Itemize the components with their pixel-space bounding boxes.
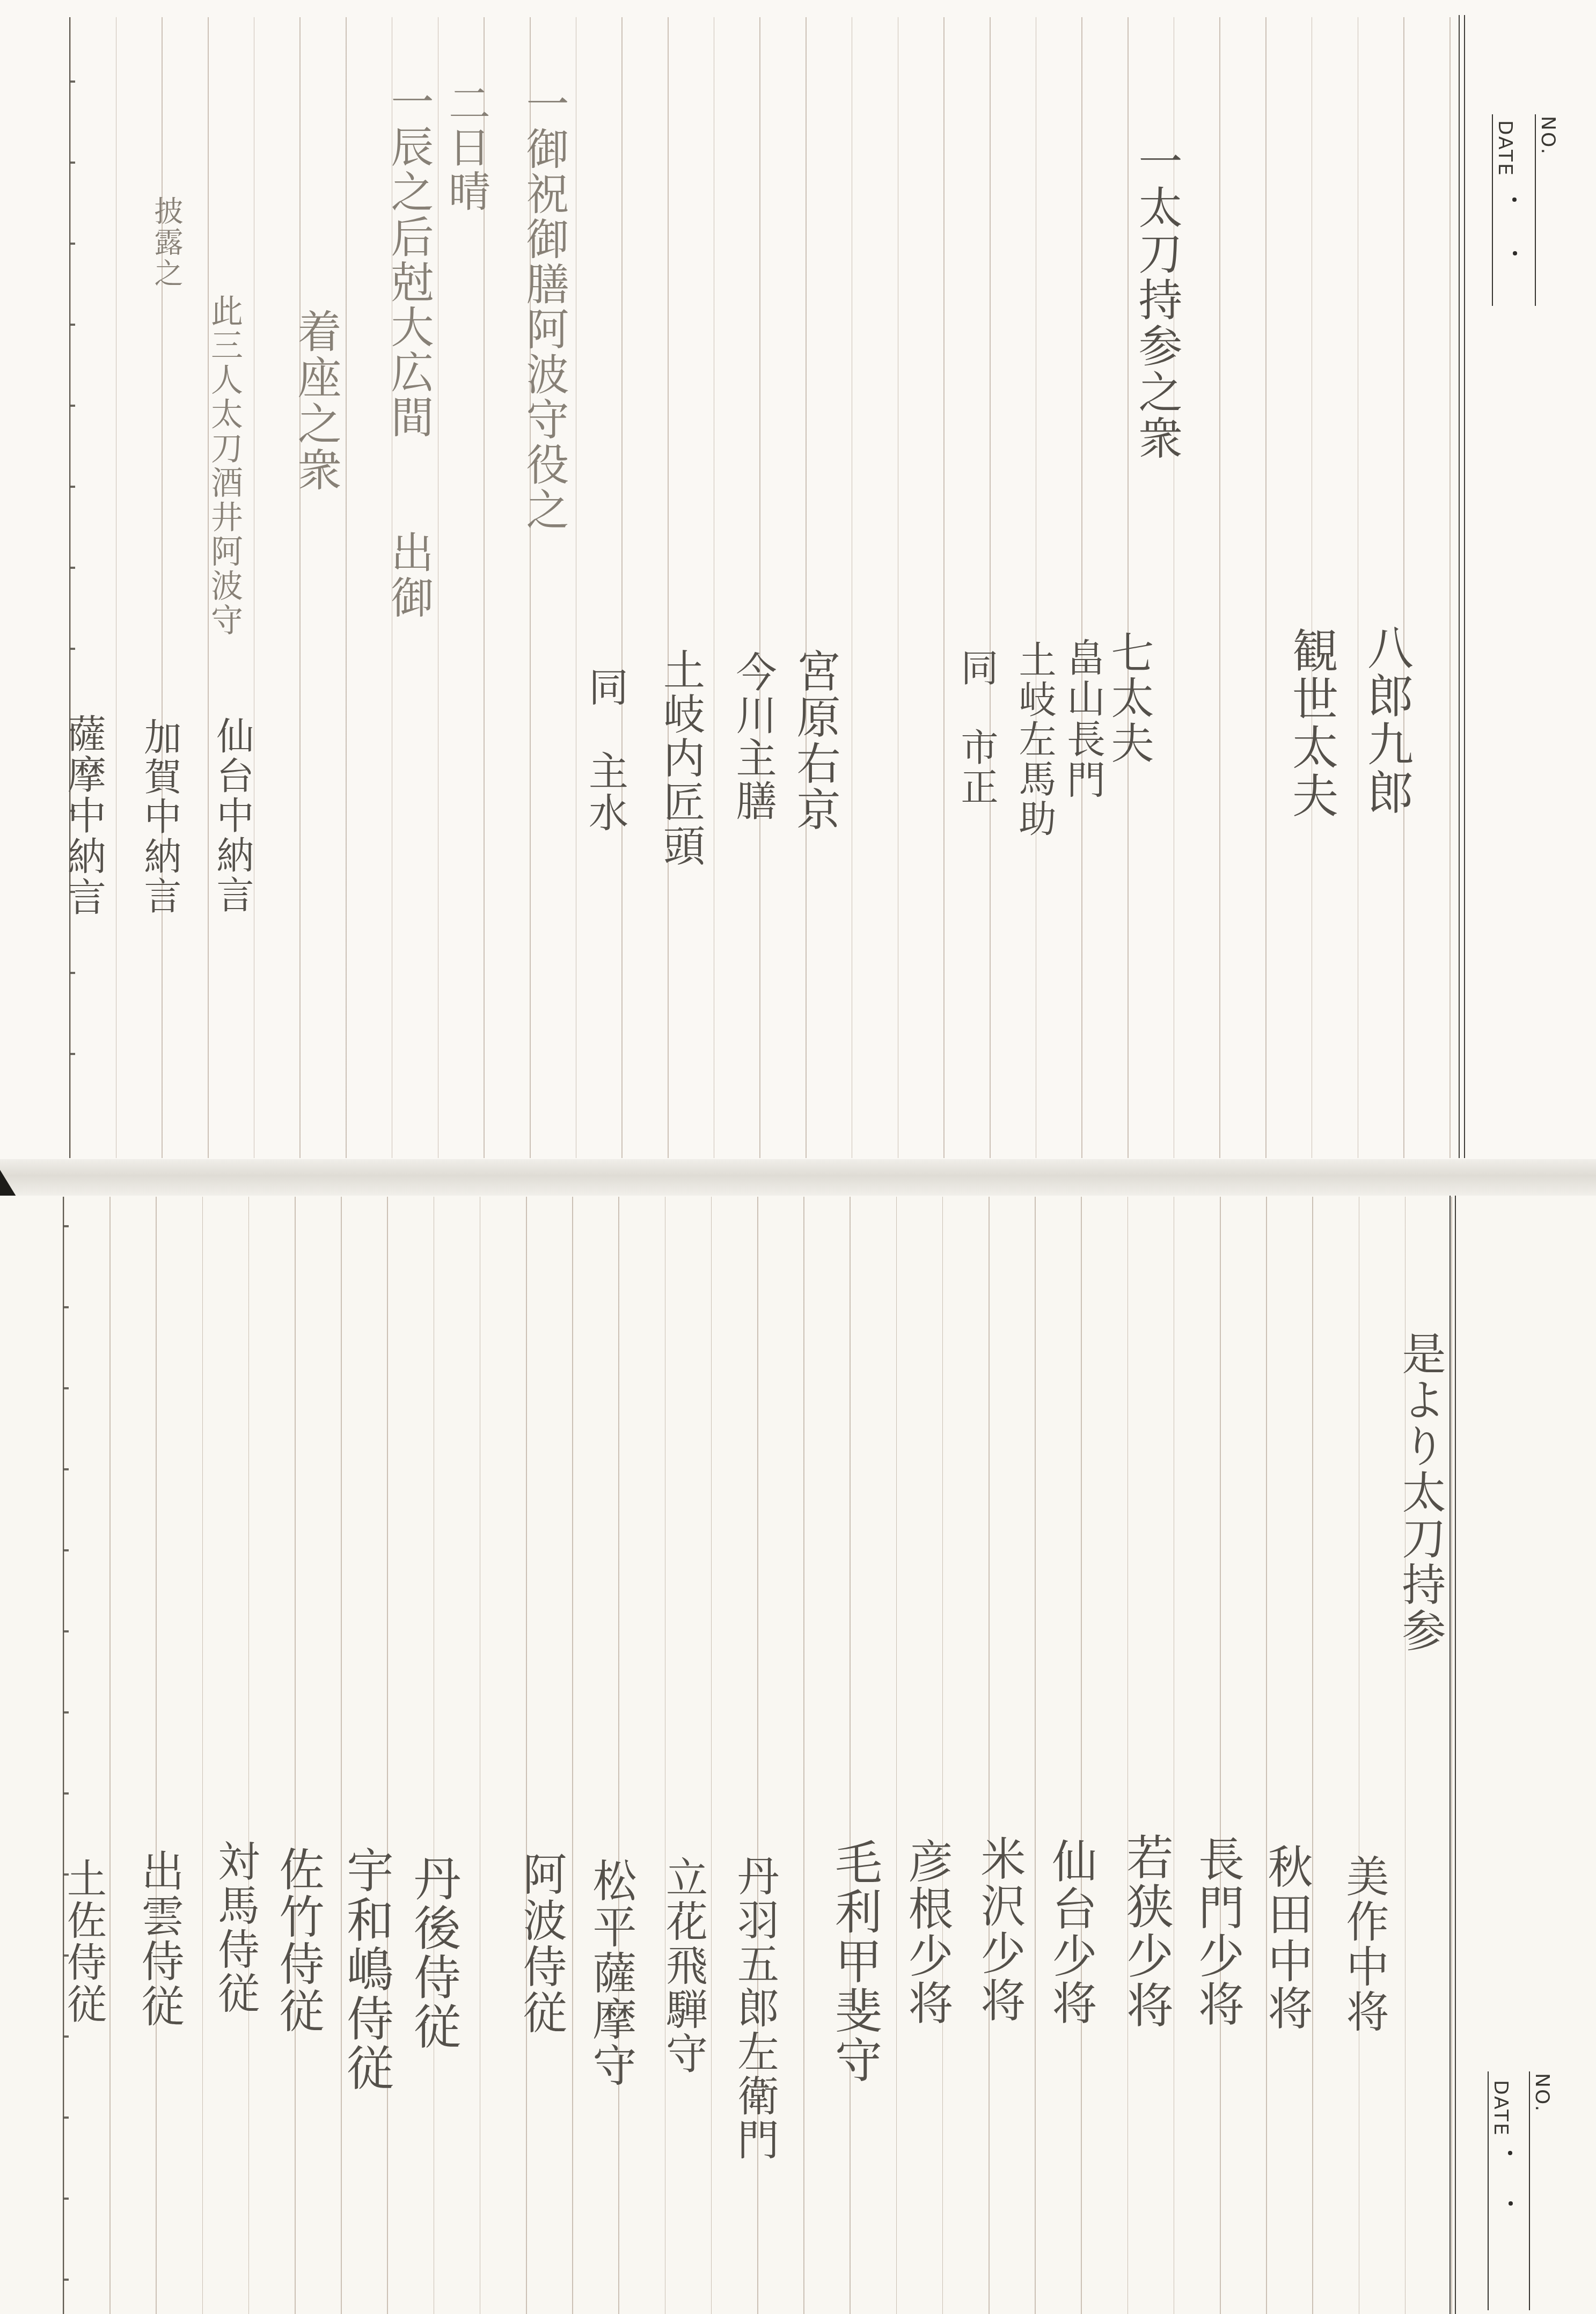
column-tango-jiju: 丹後侍従 [410, 1854, 457, 2052]
page-seam [0, 1159, 1596, 1196]
column-niwa-gorozaemon: 丹羽五郎左衛門 [734, 1854, 775, 2162]
column-wakasa-shosho: 若狭少将 [1123, 1833, 1170, 2030]
column-do-mondo: 同 主水 [585, 667, 625, 834]
column-matsudaira-satsumanokami: 松平薩摩守 [589, 1858, 633, 2089]
column-shichi-tayu: 七太夫 [1107, 631, 1150, 766]
column-mori-kainokami: 毛利甲斐守 [831, 1838, 878, 2085]
date-field-line [1492, 114, 1493, 306]
column-kanze-tayu: 観世太夫 [1288, 627, 1334, 820]
column-kaga-chunagon: 加賀中納言 [141, 717, 179, 916]
column-toki-samanosuke: 土岐左馬助 [1016, 640, 1053, 839]
column-chakuza-no-shu: 着座之衆 [294, 309, 338, 493]
date-separator-dot [1509, 2201, 1513, 2206]
column-tachi-heading: 一太刀持参之衆 [1134, 138, 1178, 462]
column-goshuku-gozen: 一御祝御膳阿波守役之 [522, 82, 565, 532]
date-field-line [1488, 2071, 1489, 2310]
column-tsushima-jiju: 対馬侍従 [214, 1840, 256, 2016]
date-separator-dot [1508, 2151, 1512, 2155]
column-mimasaka-chujo: 美作中将 [1342, 1854, 1385, 2034]
column-akita-chujo: 秋田中将 [1264, 1843, 1309, 2032]
no-field-line [1535, 114, 1536, 306]
column-awa-jiju: 阿波侍従 [519, 1851, 563, 2036]
column-hiro-no: 披露之 [152, 196, 181, 289]
column-hatakeyama-nagato: 畠山長門 [1064, 638, 1102, 801]
column-nagato-shosho: 長門少将 [1194, 1835, 1240, 2029]
date-separator-dot [1512, 197, 1517, 202]
column-tachibana-hidanokami: 立花飛騨守 [662, 1856, 704, 2076]
header-double-rule-page1 [1459, 15, 1465, 1158]
page-2: NO. DATE 是より太刀持参 美作中将 秋田中将 長門少将 若狭少将 仙台少… [0, 1196, 1596, 2314]
date-label: DATE [1491, 2080, 1510, 2137]
date-separator-dot [1513, 251, 1517, 255]
column-hikone-shosho: 彦根少将 [905, 1838, 950, 2027]
column-kono-sannin-tachi: 此三人太刀酒井阿波守 [208, 294, 240, 638]
no-label: NO. [1532, 2073, 1551, 2113]
page-1: NO. DATE 一太刀持参之衆 八郎九郎 観世太夫 七太夫 畠山長門 土岐左馬… [0, 0, 1596, 1159]
column-do-ichinokami: 同 市正 [958, 648, 995, 807]
column-satake-jiju: 佐竹侍従 [276, 1846, 321, 2035]
column-satsuma-chunagon: 薩摩中納言 [64, 714, 103, 918]
column-yonezawa-shosho: 米沢少将 [977, 1835, 1022, 2024]
column-kore-yori-tachi: 是より太刀持参 [1398, 1331, 1442, 1654]
column-hachiro-kuro: 八郎九郎 [1363, 624, 1409, 817]
header-double-rule-page2 [1449, 1196, 1456, 2314]
column-sendai-shosho: 仙台少将 [1049, 1838, 1094, 2027]
column-toki-takuminokami: 土岐内匠頭 [660, 648, 701, 868]
ruled-lines-page1 [70, 17, 1452, 1158]
margin-tick-marks-page1 [70, 80, 75, 1132]
column-miyahara-ukyo: 宮原右京 [793, 648, 837, 833]
column-uwajima-jiju: 宇和嶋侍従 [343, 1846, 390, 2093]
no-field-line [1529, 2071, 1530, 2310]
column-izumo-jiju: 出雲侍従 [137, 1849, 180, 2029]
no-label: NO. [1538, 116, 1557, 156]
column-tatsunokoku-shutsugyo: 一辰之后尅大広間 出御 [387, 79, 430, 620]
date-label: DATE [1495, 120, 1514, 177]
column-sendai-chunagon: 仙台中納言 [214, 716, 251, 915]
column-tosa-jiju: 土佐侍従 [64, 1858, 104, 2025]
scanned-notebook-document: NO. DATE 一太刀持参之衆 八郎九郎 観世太夫 七太夫 畠山長門 土岐左馬… [0, 0, 1596, 2314]
column-futsuka-hare: 二日晴 [445, 82, 487, 214]
margin-tick-marks-page2 [64, 1225, 69, 2301]
column-imagawa-shuzen: 今川主膳 [733, 651, 773, 823]
